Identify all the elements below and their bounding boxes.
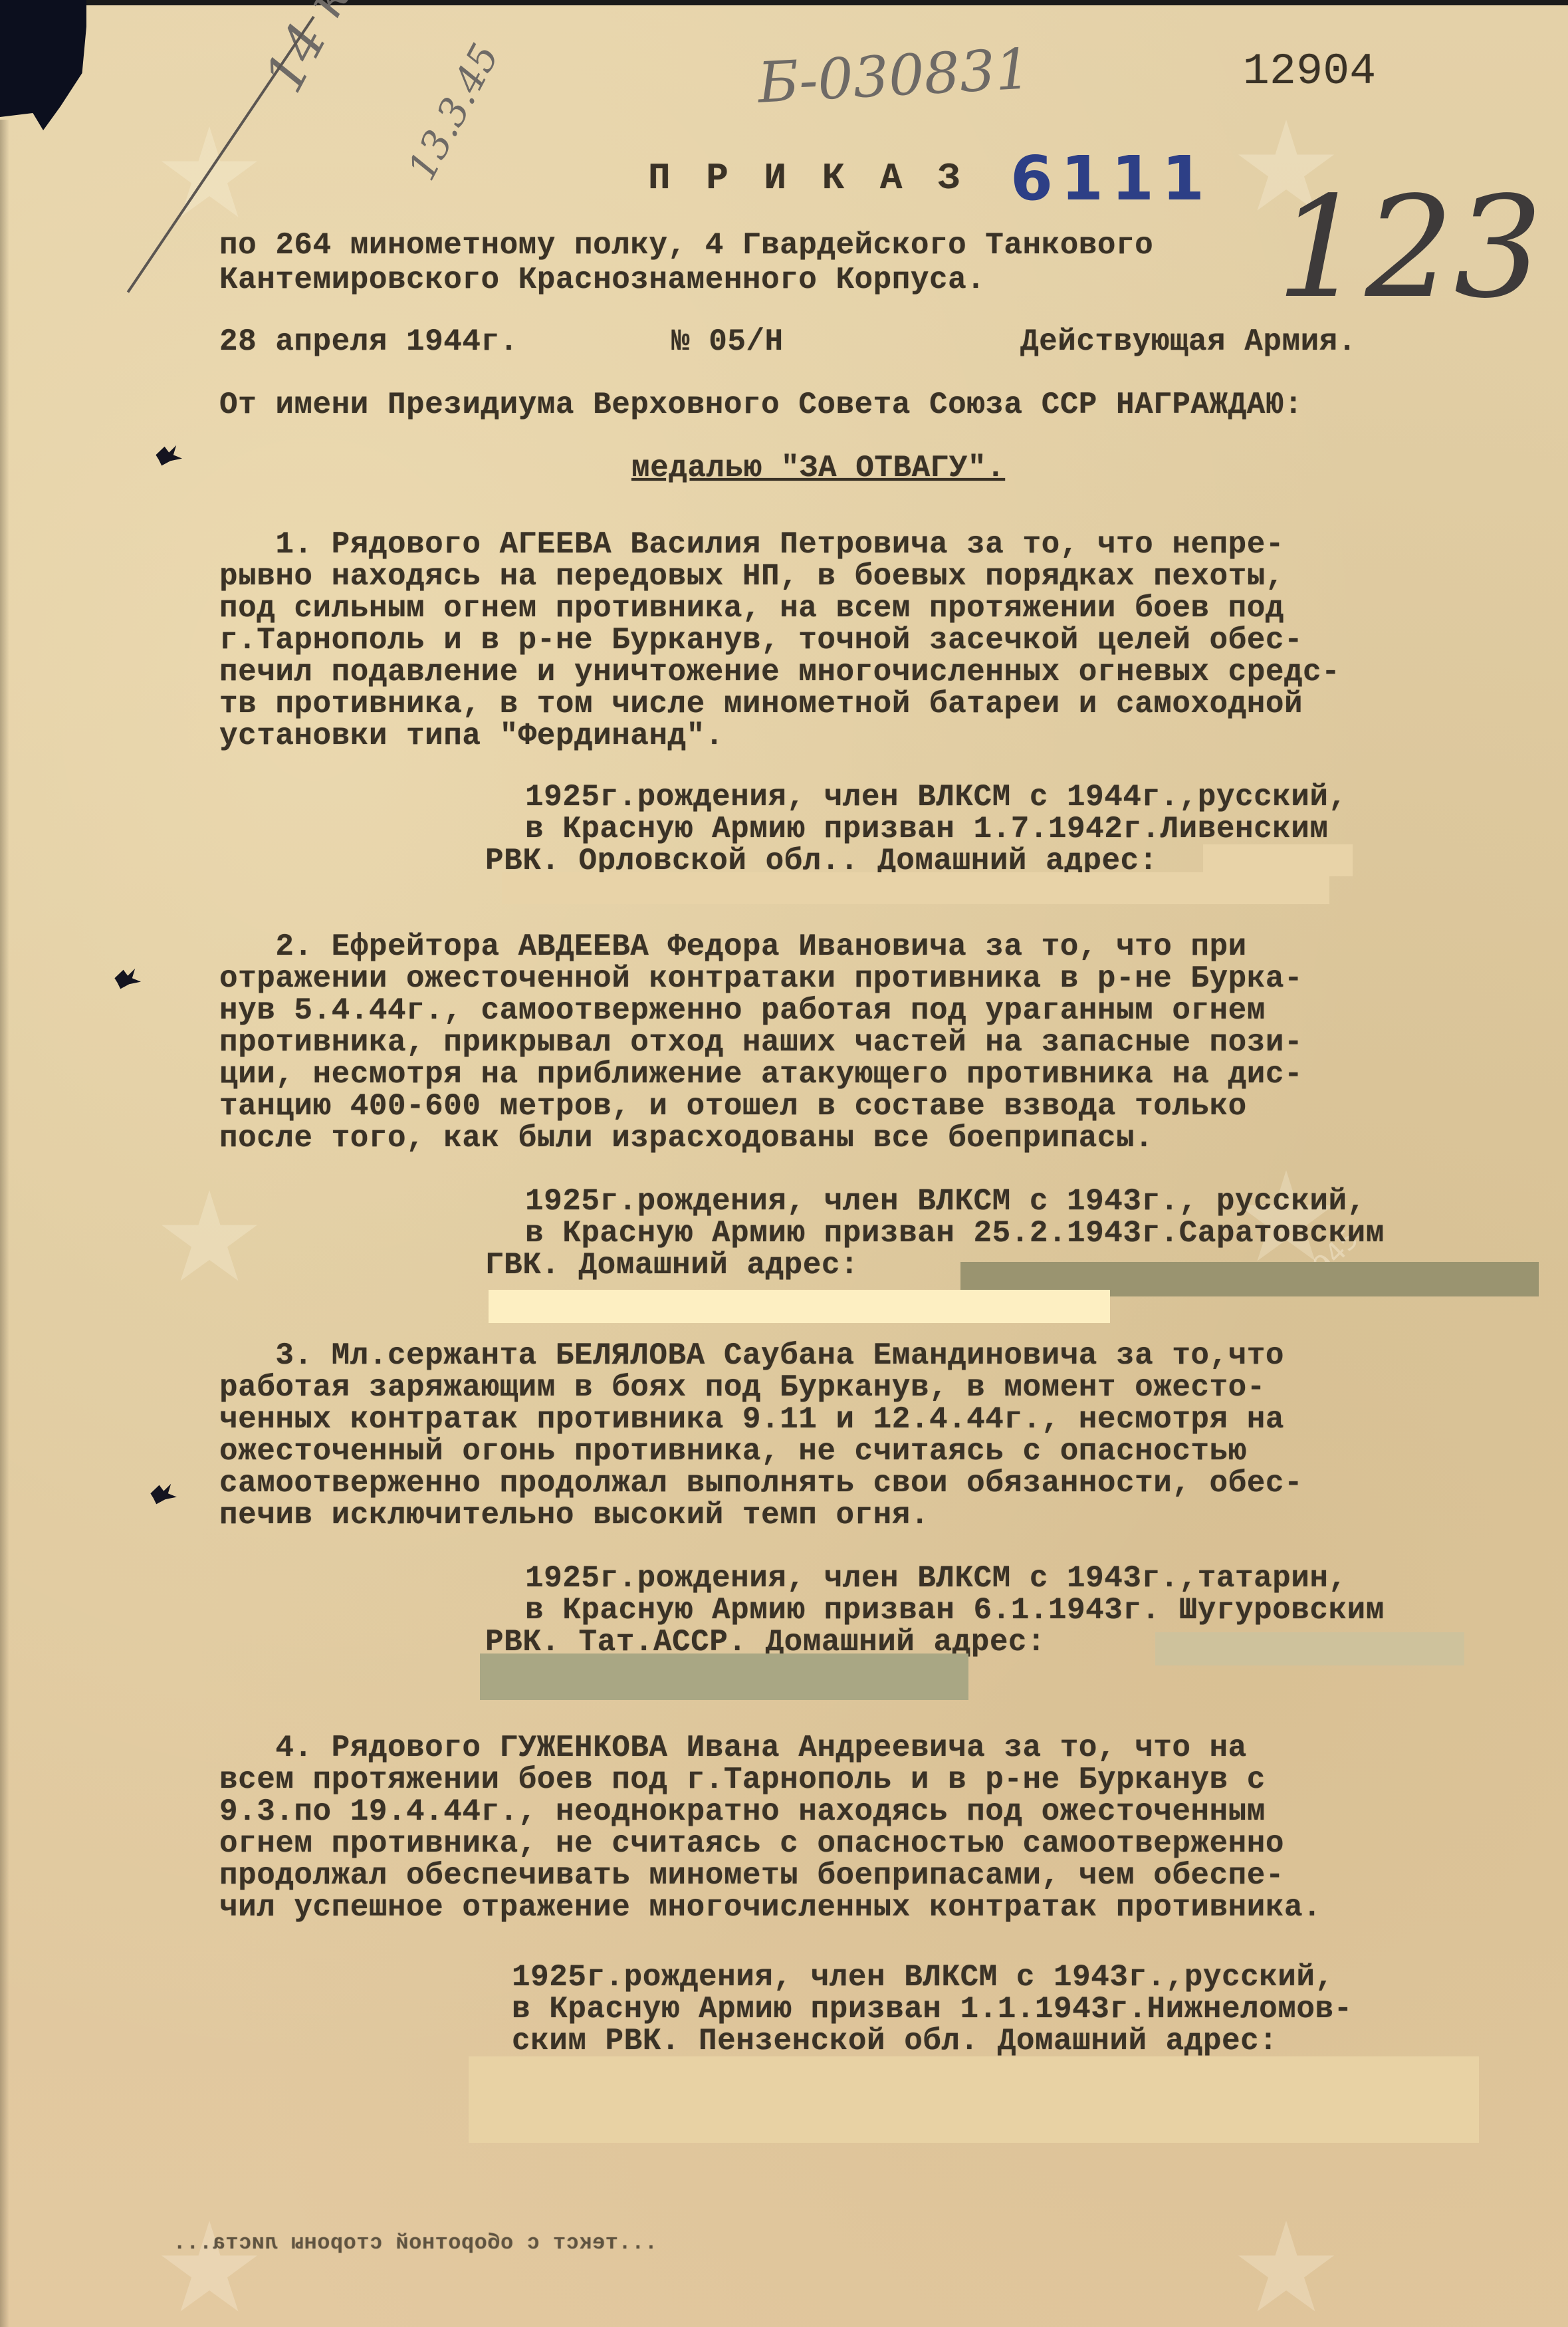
bleed-through-text: ...текст с оборотной стороны листа...: [173, 2231, 657, 2255]
award-name: медалью "ЗА ОТВАГУ".: [631, 449, 1005, 487]
handwritten-page-number: 123: [1276, 166, 1543, 329]
order-location: Действующая Армия.: [1020, 322, 1357, 361]
entry-line: после того, как были израсходованы все б…: [219, 1119, 1153, 1158]
torn-corner: [0, 0, 86, 133]
address-redaction: [1155, 1632, 1464, 1665]
document-title: П Р И К А З: [648, 157, 967, 199]
handwritten-unit-note: 14 кр фп: [253, 0, 421, 102]
entry-line: установки типа "Фердинанд".: [219, 717, 724, 755]
address-redaction: [1203, 844, 1353, 876]
watermark-star-icon: [160, 126, 259, 226]
archive-typed-number: 12904: [1243, 47, 1377, 96]
address-redaction: [489, 1290, 1110, 1323]
handwritten-date-note: 13.3.45: [399, 37, 508, 187]
award-preamble: От имени Президиума Верховного Совета Со…: [219, 386, 1303, 424]
punch-hole: [148, 1483, 177, 1507]
address-redaction: [480, 1653, 968, 1700]
watermark-star-icon: [160, 1190, 259, 1290]
address-redaction: [502, 872, 1329, 904]
stamp-number: 6111: [1010, 143, 1212, 214]
punch-hole: [112, 967, 141, 991]
bio-line: ГВК. Домашний адрес:: [485, 1246, 859, 1285]
header-subtitle-line: по 264 минометному полку, 4 Гвардейского…: [219, 226, 1153, 265]
order-date: 28 апреля 1944г.: [219, 322, 518, 361]
entry-line: чил успешное отражение многочисленных ко…: [219, 1888, 1321, 1927]
header-subtitle-line: Кантемировского Краснознаменного Корпуса…: [219, 261, 985, 299]
order-number: № 05/Н: [671, 322, 784, 361]
punch-hole: [153, 444, 182, 468]
scan-border: [0, 0, 1568, 5]
pencil-archive-number: Б-030831: [756, 36, 1032, 115]
watermark-star-icon: [1236, 2221, 1336, 2320]
page-edge-shadow: [0, 120, 9, 2327]
entry-line: печив исключительно высокий темп огня.: [219, 1496, 929, 1534]
bio-line: ским РВК. Пензенской обл. Домашний адрес…: [512, 2022, 1278, 2060]
address-redaction: [469, 2056, 1479, 2143]
